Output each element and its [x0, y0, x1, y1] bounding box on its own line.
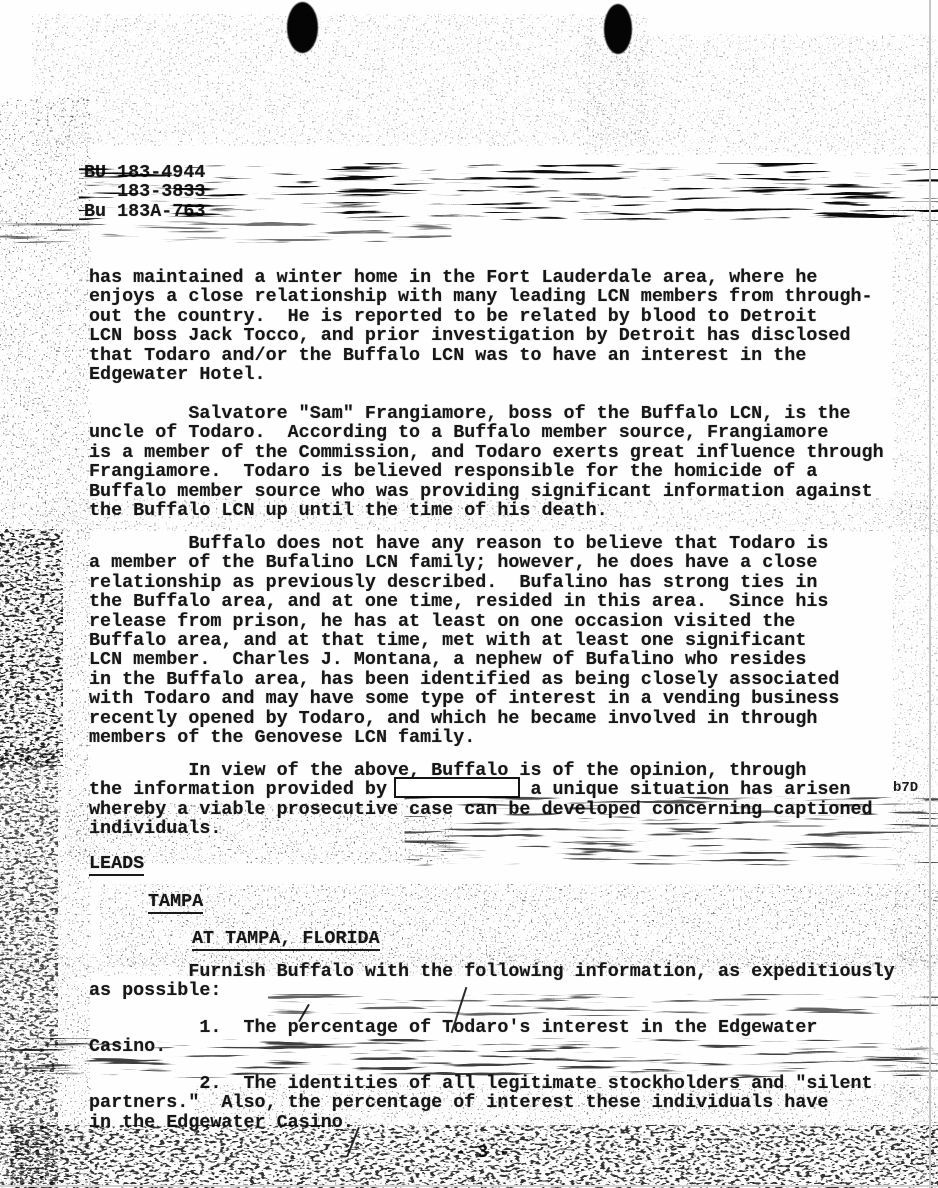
paragraph-opinion: In view of the above, Buffalo is of the …: [89, 761, 873, 839]
page-number: - 3 -: [455, 1143, 510, 1162]
redaction-box: [394, 777, 520, 798]
heading-at-tampa-florida: AT TAMPA, FLORIDA: [192, 929, 380, 951]
classification-code: b7D: [893, 781, 918, 795]
hole-punch-left: [287, 2, 318, 53]
scan-edge-right: [929, 0, 931, 1188]
paragraph-winter-home: has maintained a winter home in the Fort…: [89, 268, 873, 384]
lead-item-2: 2. The identities of all legitimate stoc…: [89, 1074, 873, 1132]
hole-punch-right: [604, 4, 632, 54]
scanned-document-page: BU 183-4944 183-3833 Bu 183A-763 has mai…: [0, 0, 938, 1188]
heading-leads: LEADS: [89, 854, 144, 876]
paragraph-frangiamore: Salvatore "Sam" Frangiamore, boss of the…: [89, 404, 884, 520]
scan-edge-bottom: [0, 1185, 938, 1187]
paragraph-bufalino: Buffalo does not have any reason to beli…: [89, 534, 839, 747]
heading-tampa: TAMPA: [148, 892, 203, 914]
file-number-block: BU 183-4944 183-3833 Bu 183A-763: [84, 163, 205, 221]
instruction-paragraph: Furnish Buffalo with the following infor…: [89, 962, 895, 1001]
